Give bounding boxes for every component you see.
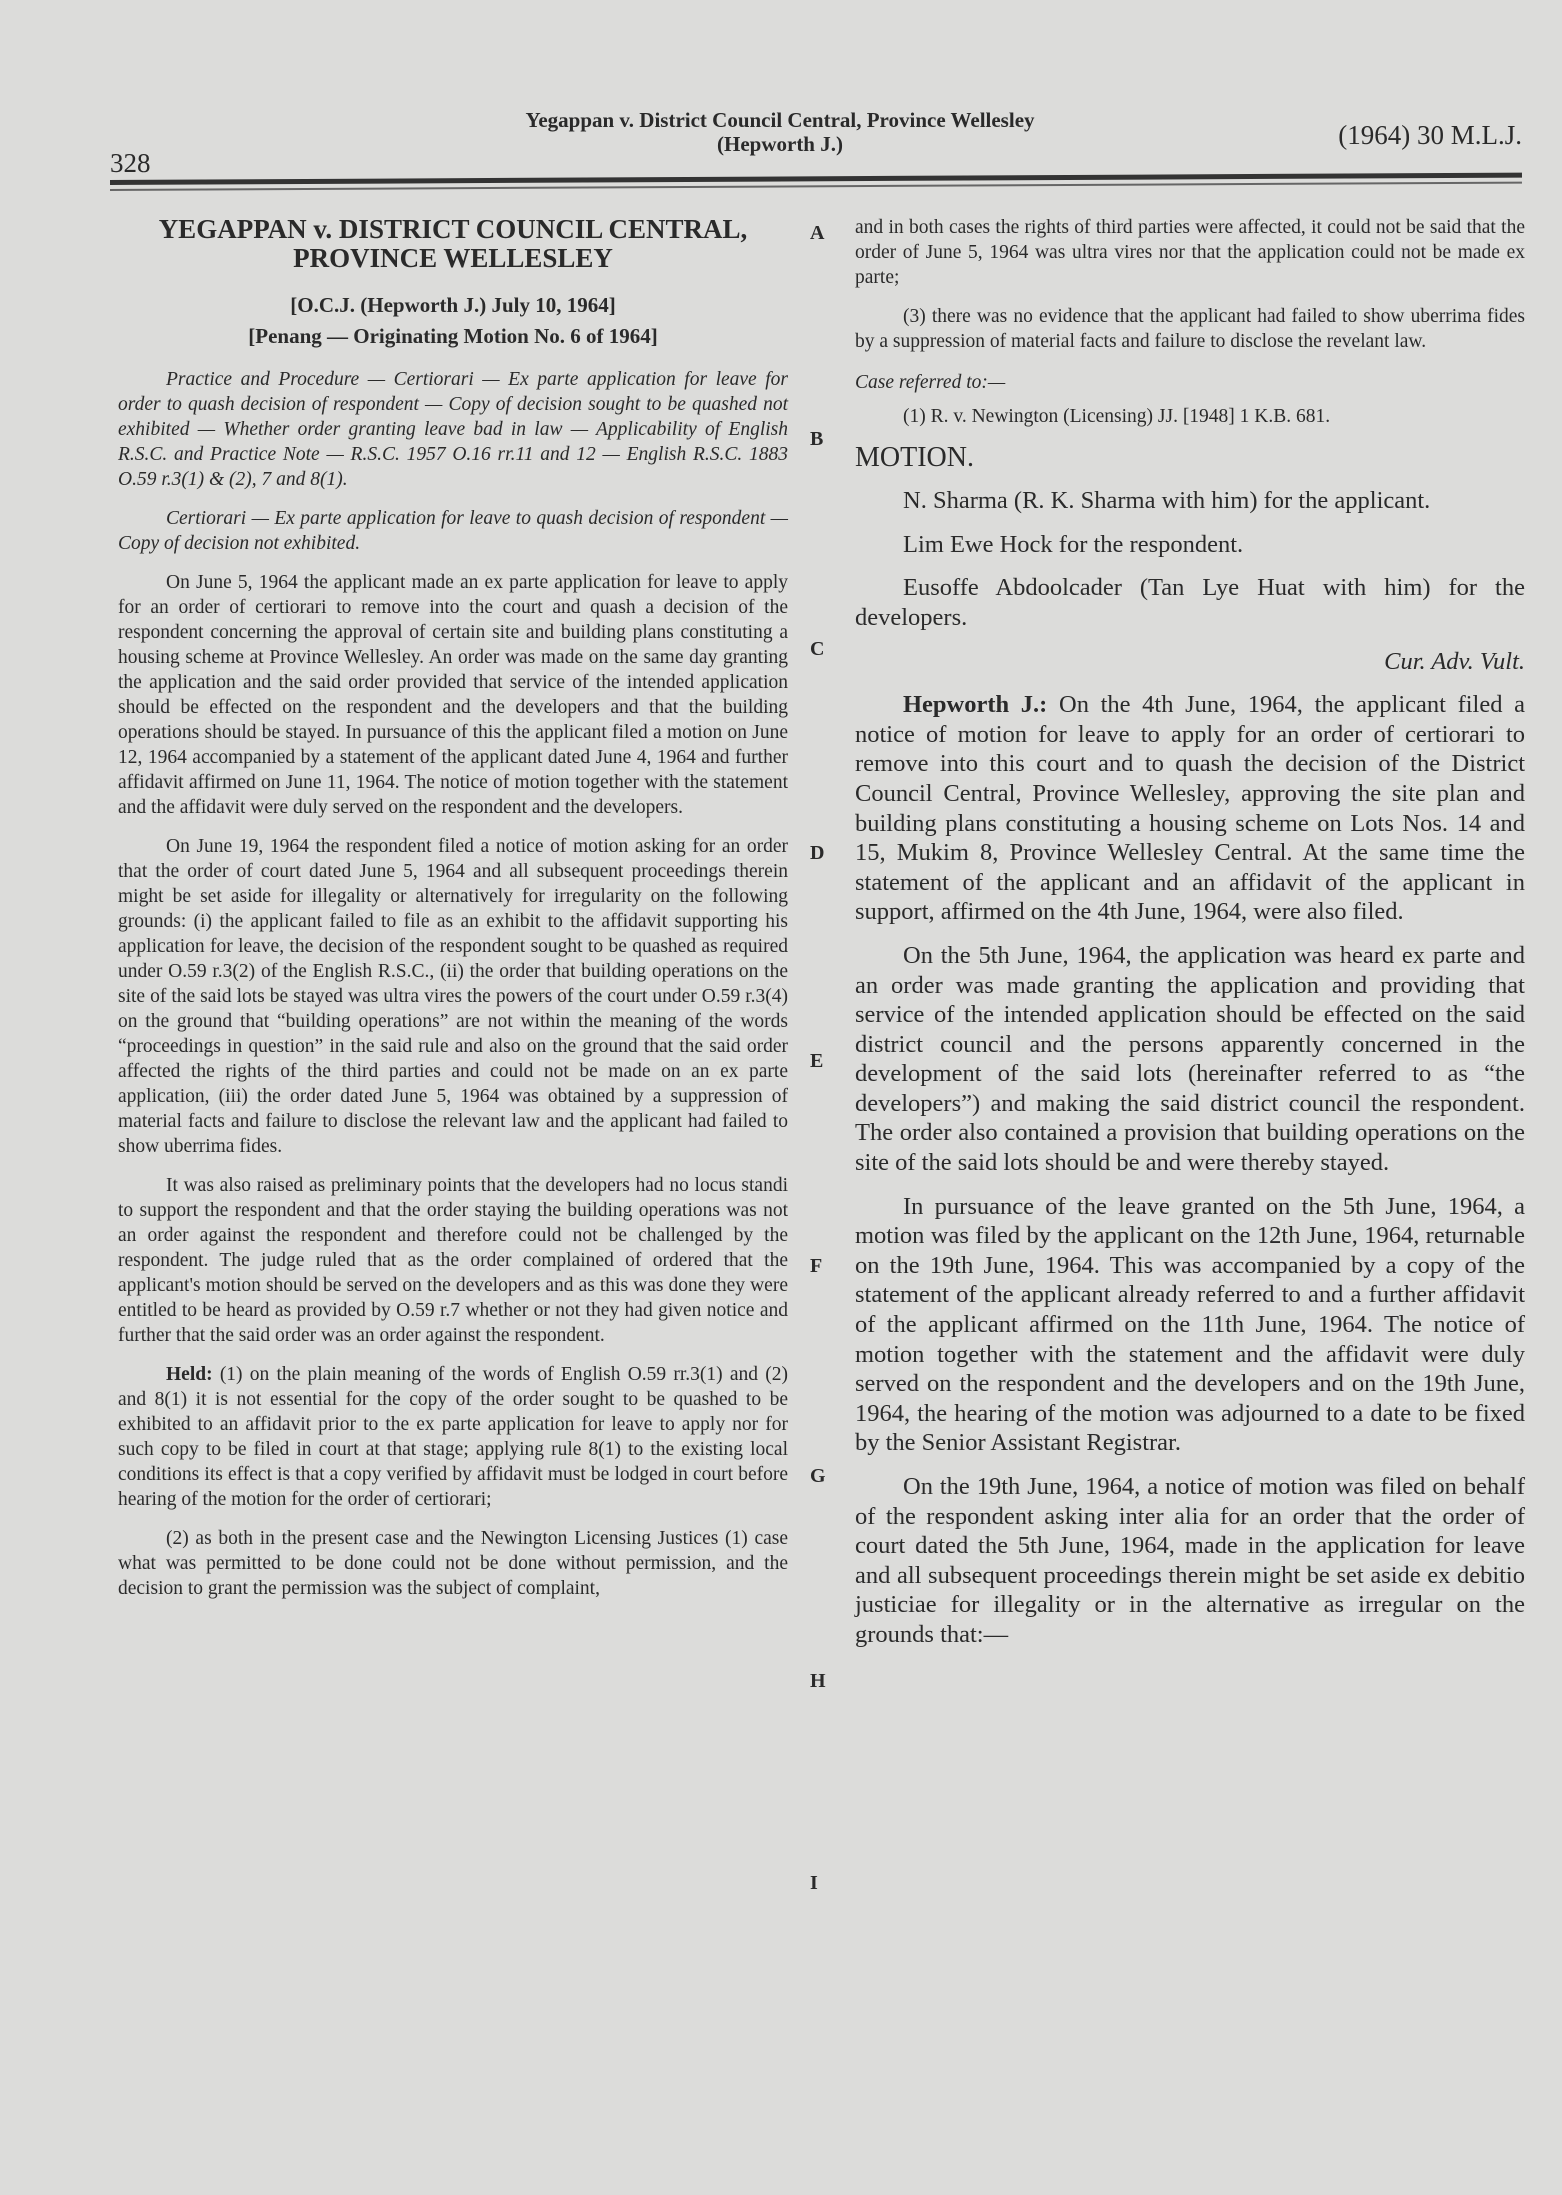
margin-letter-e: E xyxy=(810,1050,823,1073)
margin-letter-h: H xyxy=(810,1670,826,1693)
counsel-respondent: Lim Ewe Hock for the respondent. xyxy=(855,530,1525,560)
cases-referred-heading: Case referred to:— xyxy=(855,368,1525,398)
counsel-applicant: N. Sharma (R. K. Sharma with him) for th… xyxy=(855,486,1525,516)
right-column: and in both cases the rights of third pa… xyxy=(855,215,1525,1664)
case-referred-1: (1) R. v. Newington (Licensing) JJ. [194… xyxy=(855,404,1525,429)
cur-adv-vult: Cur. Adv. Vult. xyxy=(855,647,1525,677)
running-title-line2: (Hepworth J.) xyxy=(470,132,1090,156)
report-citation: (1964) 30 M.L.J. xyxy=(1338,120,1522,151)
margin-letter-c: C xyxy=(810,638,824,661)
margin-letter-d: D xyxy=(810,842,824,865)
document-page: 328 Yegappan v. District Council Central… xyxy=(0,0,1562,2195)
counsel-developers: Eusoffe Abdoolcader (Tan Lye Huat with h… xyxy=(855,573,1525,632)
motion-heading: MOTION. xyxy=(855,443,1525,473)
judgment-para-4: On the 19th June, 1964, a notice of moti… xyxy=(855,1472,1525,1650)
running-title: Yegappan v. District Council Central, Pr… xyxy=(470,108,1090,156)
margin-letter-i: I xyxy=(810,1872,818,1895)
headnote-para-1: On June 5, 1964 the applicant made an ex… xyxy=(118,570,788,820)
margin-letter-b: B xyxy=(810,428,823,451)
margin-letter-g: G xyxy=(810,1465,826,1488)
running-header: 328 Yegappan v. District Council Central… xyxy=(110,108,1522,168)
running-title-line1: Yegappan v. District Council Central, Pr… xyxy=(470,108,1090,132)
judgment-para-1: Hepworth J.: On the 4th June, 1964, the … xyxy=(855,690,1525,927)
court-line: [O.C.J. (Hepworth J.) July 10, 1964] xyxy=(118,293,788,318)
held-2-continued: and in both cases the rights of third pa… xyxy=(855,215,1525,290)
held-3: (3) there was no evidence that the appli… xyxy=(855,304,1525,354)
judgment-para-2: On the 5th June, 1964, the application w… xyxy=(855,941,1525,1178)
judgment-para-1-text: On the 4th June, 1964, the applicant fil… xyxy=(855,691,1525,925)
catchwords-1: Practice and Procedure — Certiorari — Ex… xyxy=(118,367,788,492)
headnote-para-3: It was also raised as preliminary points… xyxy=(118,1173,788,1348)
held-label: Held: xyxy=(166,1364,213,1385)
case-title: YEGAPPAN v. DISTRICT COUNCIL CENTRAL, PR… xyxy=(118,215,788,273)
margin-letter-f: F xyxy=(810,1255,822,1278)
held-1: Held: (1) on the plain meaning of the wo… xyxy=(118,1362,788,1512)
margin-letter-a: A xyxy=(810,222,824,245)
held-1-text: (1) on the plain meaning of the words of… xyxy=(118,1364,788,1510)
motion-line: [Penang — Originating Motion No. 6 of 19… xyxy=(118,324,788,349)
left-column: YEGAPPAN v. DISTRICT COUNCIL CENTRAL, PR… xyxy=(118,215,788,1615)
headnote-para-2: On June 19, 1964 the respondent filed a … xyxy=(118,834,788,1159)
catchwords-2: Certiorari — Ex parte application for le… xyxy=(118,506,788,556)
page-number: 328 xyxy=(110,148,151,179)
judgment-para-3: In pursuance of the leave granted on the… xyxy=(855,1192,1525,1458)
judge-label: Hepworth J.: xyxy=(903,691,1047,718)
held-2: (2) as both in the present case and the … xyxy=(118,1526,788,1601)
